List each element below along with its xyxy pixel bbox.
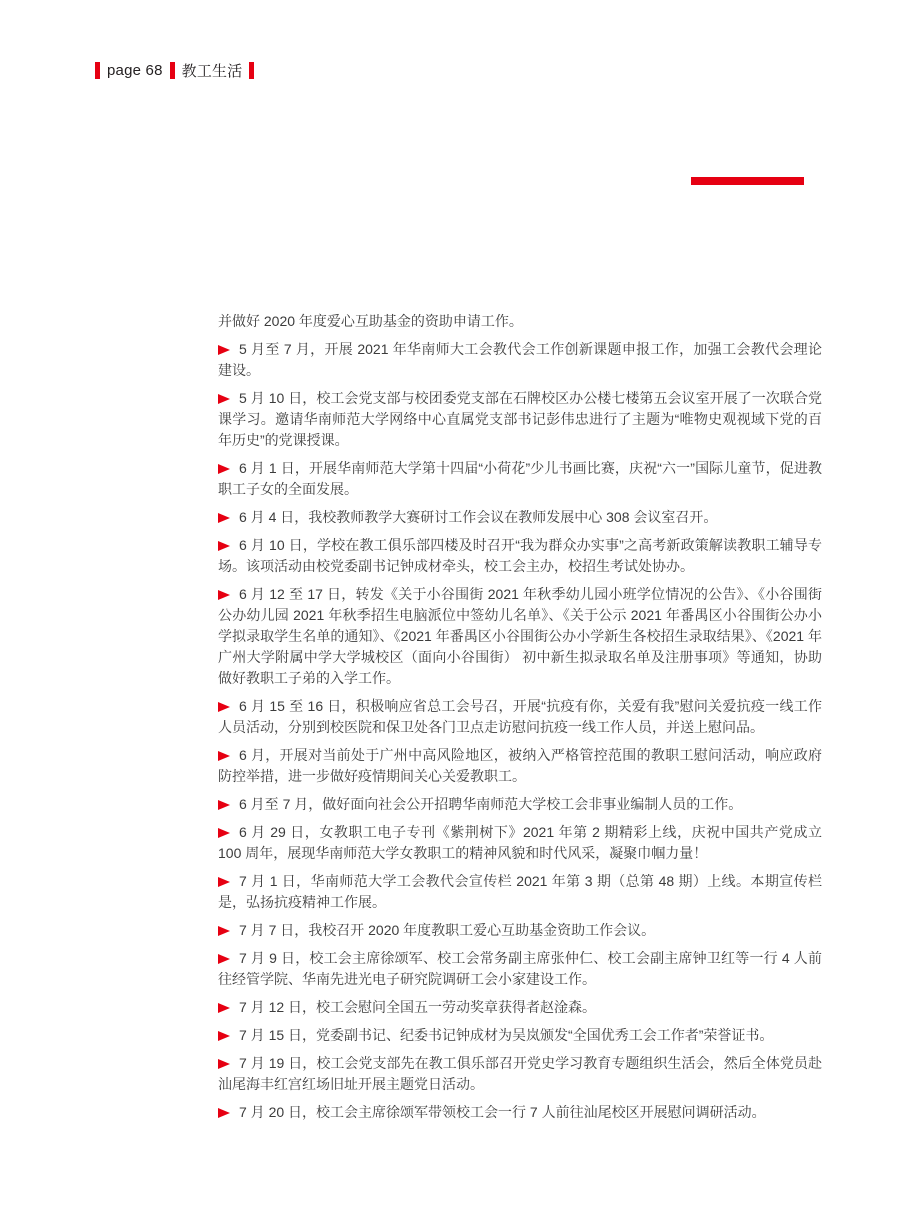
event-item: 7 月 1 日，华南师范大学工会教代会宣传栏 2021 年第 3 期（总第 48… [218,871,822,913]
event-item: 6 月至 7 月，做好面向社会公开招聘华南师范大学校工会非事业编制人员的工作。 [218,794,822,815]
triangle-bullet-icon [218,1108,230,1118]
event-item: 7 月 12 日，校工会慰问全国五一劳动奖章获得者赵淦森。 [218,997,822,1018]
triangle-bullet-icon [218,702,230,712]
event-item: 6 月 12 至 17 日，转发《关于小谷围街 2021 年秋季幼儿园小班学位情… [218,584,822,689]
triangle-bullet-icon [218,513,230,523]
triangle-bullet-icon [218,345,230,355]
event-item-text: 6 月 12 至 17 日，转发《关于小谷围街 2021 年秋季幼儿园小班学位情… [218,586,822,686]
triangle-bullet-icon [218,590,230,600]
event-item-text: 7 月 20 日，校工会主席徐颂军带领校工会一行 7 人前往汕尾校区开展慰问调研… [239,1104,766,1120]
triangle-bullet-icon [218,464,230,474]
event-item-text: 6 月 10 日，学校在教工俱乐部四楼及时召开“我为群众办实事”之高考新政策解读… [218,537,822,574]
event-item-text: 6 月 4 日，我校教师教学大赛研讨工作会议在教师发展中心 308 会议室召开。 [239,509,717,525]
intro-paragraph: 并做好 2020 年度爱心互助基金的资助申请工作。 [218,311,822,332]
event-item: 7 月 19 日，校工会党支部先在教工俱乐部召开党史学习教育专题组织生活会，然后… [218,1053,822,1095]
triangle-bullet-icon [218,926,230,936]
triangle-bullet-icon [218,877,230,887]
red-bar-icon [249,62,254,79]
event-item: 6 月 1 日，开展华南师范大学第十四届“小荷花”少儿书画比赛，庆祝“六一”国际… [218,458,822,500]
triangle-bullet-icon [218,954,230,964]
triangle-bullet-icon [218,1059,230,1069]
page-header: page 68 教工生活 [95,60,254,81]
event-item-text: 6 月 29 日，女教职工电子专刊《紫荆树下》2021 年第 2 期精彩上线，庆… [218,824,822,861]
event-item: 7 月 15 日，党委副书记、纪委书记钟成材为吴岚颁发“全国优秀工会工作者”荣誉… [218,1025,822,1046]
event-item-text: 6 月至 7 月，做好面向社会公开招聘华南师范大学校工会非事业编制人员的工作。 [239,796,742,812]
chronicle-list: 并做好 2020 年度爱心互助基金的资助申请工作。 5 月至 7 月，开展 20… [218,311,822,1130]
event-item: 5 月至 7 月，开展 2021 年华南师大工会教代会工作创新课题申报工作，加强… [218,339,822,381]
event-item-text: 6 月 1 日，开展华南师范大学第十四届“小荷花”少儿书画比赛，庆祝“六一”国际… [218,460,822,497]
event-item: 5 月 10 日，校工会党支部与校团委党支部在石牌校区办公楼七楼第五会议室开展了… [218,388,822,451]
page-number-label: page 68 [107,62,163,79]
event-item-text: 7 月 9 日，校工会主席徐颂军、校工会常务副主席张仲仁、校工会副主席钟卫红等一… [218,950,822,987]
event-item-text: 5 月 10 日，校工会党支部与校团委党支部在石牌校区办公楼七楼第五会议室开展了… [218,390,822,448]
event-item-text: 6 月，开展对当前处于广州中高风险地区，被纳入严格管控范围的教职工慰问活动，响应… [218,747,822,784]
event-item: 7 月 9 日，校工会主席徐颂军、校工会常务副主席张仲仁、校工会副主席钟卫红等一… [218,948,822,990]
event-item: 6 月 29 日，女教职工电子专刊《紫荆树下》2021 年第 2 期精彩上线，庆… [218,822,822,864]
triangle-bullet-icon [218,1003,230,1013]
red-bar-icon [95,62,100,79]
event-item-text: 7 月 19 日，校工会党支部先在教工俱乐部召开党史学习教育专题组织生活会，然后… [218,1055,822,1092]
event-item: 6 月 10 日，学校在教工俱乐部四楼及时召开“我为群众办实事”之高考新政策解读… [218,535,822,577]
event-item-text: 7 月 7 日，我校召开 2020 年度教职工爱心互助基金资助工作会议。 [239,922,655,938]
event-item-text: 5 月至 7 月，开展 2021 年华南师大工会教代会工作创新课题申报工作，加强… [218,341,822,378]
event-items: 5 月至 7 月，开展 2021 年华南师大工会教代会工作创新课题申报工作，加强… [218,339,822,1123]
triangle-bullet-icon [218,541,230,551]
event-item-text: 6 月 15 至 16 日，积极响应省总工会号召，开展“抗疫有你，关爱有我”慰问… [218,698,822,735]
event-item-text: 7 月 1 日，华南师范大学工会教代会宣传栏 2021 年第 3 期（总第 48… [218,873,822,910]
triangle-bullet-icon [218,751,230,761]
event-item-text: 7 月 15 日，党委副书记、纪委书记钟成材为吴岚颁发“全国优秀工会工作者”荣誉… [239,1027,773,1043]
red-bar-icon [170,62,175,79]
triangle-bullet-icon [218,828,230,838]
event-item: 7 月 7 日，我校召开 2020 年度教职工爱心互助基金资助工作会议。 [218,920,822,941]
event-item: 7 月 20 日，校工会主席徐颂军带领校工会一行 7 人前往汕尾校区开展慰问调研… [218,1102,822,1123]
triangle-bullet-icon [218,800,230,810]
event-item: 6 月 15 至 16 日，积极响应省总工会号召，开展“抗疫有你，关爱有我”慰问… [218,696,822,738]
red-divider-bar [691,177,804,185]
triangle-bullet-icon [218,1031,230,1041]
section-title: 教工生活 [182,60,243,81]
event-item: 6 月 4 日，我校教师教学大赛研讨工作会议在教师发展中心 308 会议室召开。 [218,507,822,528]
event-item-text: 7 月 12 日，校工会慰问全国五一劳动奖章获得者赵淦森。 [239,999,596,1015]
triangle-bullet-icon [218,394,230,404]
event-item: 6 月，开展对当前处于广州中高风险地区，被纳入严格管控范围的教职工慰问活动，响应… [218,745,822,787]
